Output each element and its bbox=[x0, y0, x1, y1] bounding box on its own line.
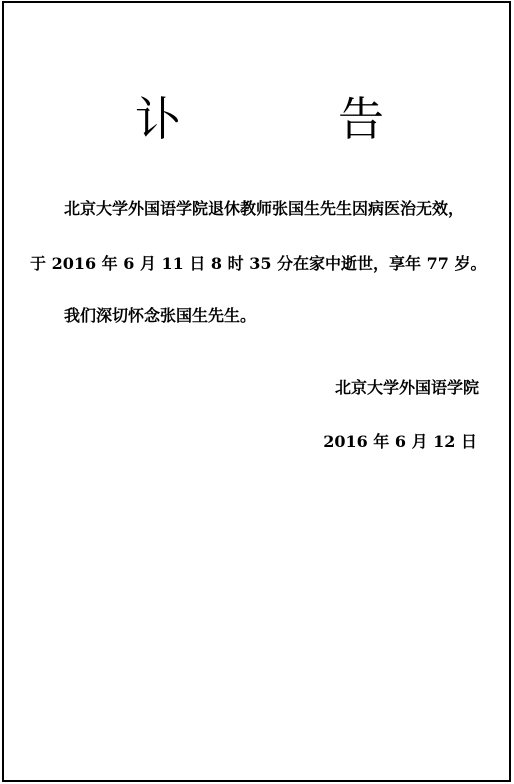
obituary-notice-page: 讣 告 北京大学外国语学院退休教师张国生先生因病医治无效， 于 2016 年 6… bbox=[2, 1, 511, 782]
title-char-fu: 讣 bbox=[135, 91, 181, 147]
body-line-2: 于 2016 年 6 月 11 日 8 时 35 分在家中逝世，享年 77 岁。 bbox=[30, 253, 486, 275]
signature-organization: 北京大学外国语学院 bbox=[335, 377, 479, 399]
signature-date: 2016 年 6 月 12 日 bbox=[323, 431, 477, 453]
title-char-gao: 告 bbox=[338, 91, 384, 147]
body-line-1: 北京大学外国语学院退休教师张国生先生因病医治无效， bbox=[64, 198, 464, 220]
body-line-3: 我们深切怀念张国生先生。 bbox=[64, 305, 256, 327]
